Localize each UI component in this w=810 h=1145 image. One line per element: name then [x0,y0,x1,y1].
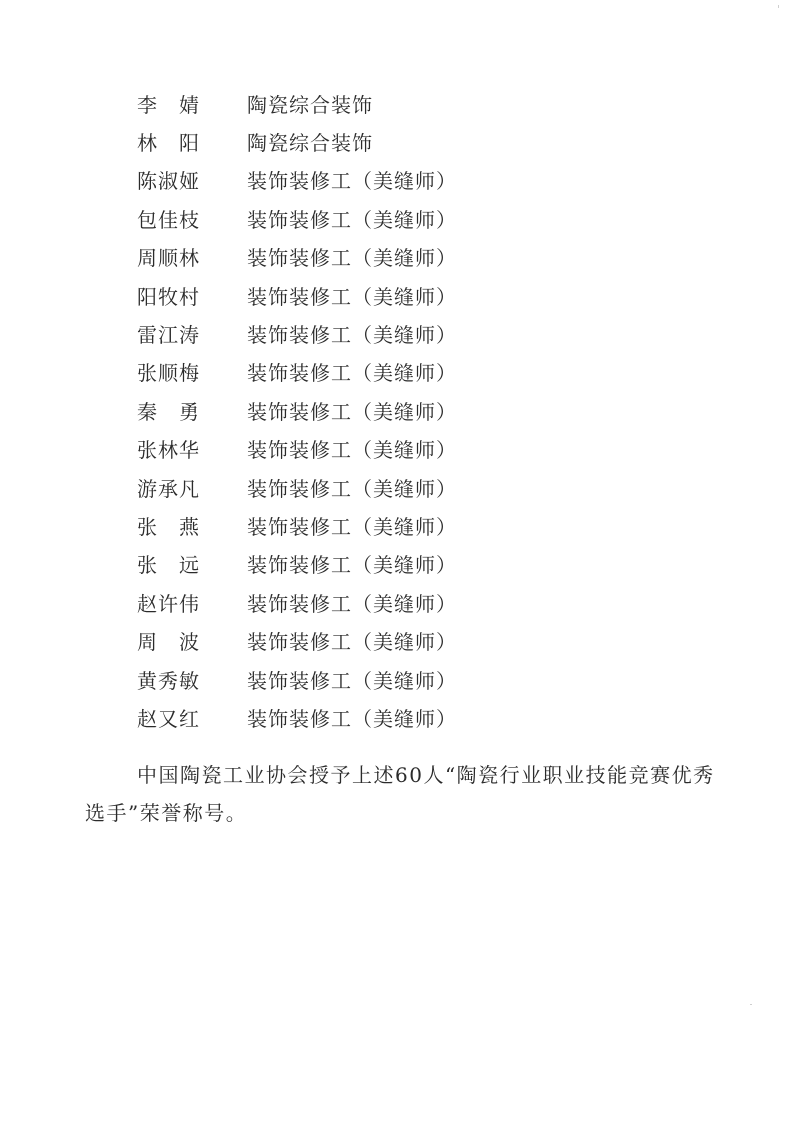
skill-category: 装饰装修工（美缝师） [247,242,457,271]
person-name: 张林华 [137,434,247,463]
person-name: 赵许伟 [137,588,247,617]
list-item: 张顺梅装饰装修工（美缝师） [137,353,457,391]
person-name: 陈淑娅 [137,165,247,194]
person-name: 包佳枝 [137,204,247,233]
person-name: 李 婧 [137,89,247,118]
skill-category: 装饰装修工（美缝师） [247,396,457,425]
skill-category: 装饰装修工（美缝师） [247,511,457,540]
list-item: 包佳枝装饰装修工（美缝师） [137,199,457,237]
person-name: 张顺梅 [137,357,247,386]
list-item: 雷江涛装饰装修工（美缝师） [137,314,457,352]
skill-category: 装饰装修工（美缝师） [247,473,457,502]
list-item: 陈淑娅装饰装修工（美缝师） [137,161,457,199]
person-name: 雷江涛 [137,319,247,348]
person-name: 游承凡 [137,473,247,502]
person-name: 阳牧村 [137,281,247,310]
list-item: 林 阳陶瓷综合装饰 [137,122,457,160]
skill-category: 装饰装修工（美缝师） [247,357,457,386]
list-item: 周顺林装饰装修工（美缝师） [137,238,457,276]
skill-category: 装饰装修工（美缝师） [247,165,457,194]
person-name: 张 远 [137,549,247,578]
skill-category: 装饰装修工（美缝师） [247,549,457,578]
list-item: 张 远装饰装修工（美缝师） [137,545,457,583]
skill-category: 陶瓷综合装饰 [247,127,373,156]
person-name: 秦 勇 [137,396,247,425]
list-item: 张林华装饰装修工（美缝师） [137,430,457,468]
list-item: 游承凡装饰装修工（美缝师） [137,468,457,506]
skill-category: 装饰装修工（美缝师） [247,281,457,310]
list-item: 赵许伟装饰装修工（美缝师） [137,583,457,621]
skill-category: 装饰装修工（美缝师） [247,665,457,694]
skill-category: 装饰装修工（美缝师） [247,319,457,348]
person-name: 周 波 [137,626,247,655]
list-item: 李 婧陶瓷综合装饰 [137,84,457,122]
person-name: 周顺林 [137,242,247,271]
skill-category: 陶瓷综合装饰 [247,89,373,118]
skill-category: 装饰装修工（美缝师） [247,204,457,233]
person-name: 林 阳 [137,127,247,156]
scan-artifact [778,5,779,8]
award-list: 李 婧陶瓷综合装饰 林 阳陶瓷综合装饰 陈淑娅装饰装修工（美缝师） 包佳枝装饰装… [137,84,457,737]
list-item: 秦 勇装饰装修工（美缝师） [137,391,457,429]
closing-paragraph: 中国陶瓷工业协会授予上述60人“陶瓷行业职业技能竞赛优秀选手”荣誉称号。 [85,756,725,832]
scan-artifact [750,1004,752,1005]
person-name: 张 燕 [137,511,247,540]
document-page: 李 婧陶瓷综合装饰 林 阳陶瓷综合装饰 陈淑娅装饰装修工（美缝师） 包佳枝装饰装… [0,0,810,1145]
skill-category: 装饰装修工（美缝师） [247,703,457,732]
skill-category: 装饰装修工（美缝师） [247,626,457,655]
list-item: 阳牧村装饰装修工（美缝师） [137,276,457,314]
list-item: 周 波装饰装修工（美缝师） [137,621,457,659]
person-name: 赵又红 [137,703,247,732]
list-item: 赵又红装饰装修工（美缝师） [137,698,457,736]
skill-category: 装饰装修工（美缝师） [247,434,457,463]
person-name: 黄秀敏 [137,665,247,694]
skill-category: 装饰装修工（美缝师） [247,588,457,617]
list-item: 张 燕装饰装修工（美缝师） [137,506,457,544]
list-item: 黄秀敏装饰装修工（美缝师） [137,660,457,698]
